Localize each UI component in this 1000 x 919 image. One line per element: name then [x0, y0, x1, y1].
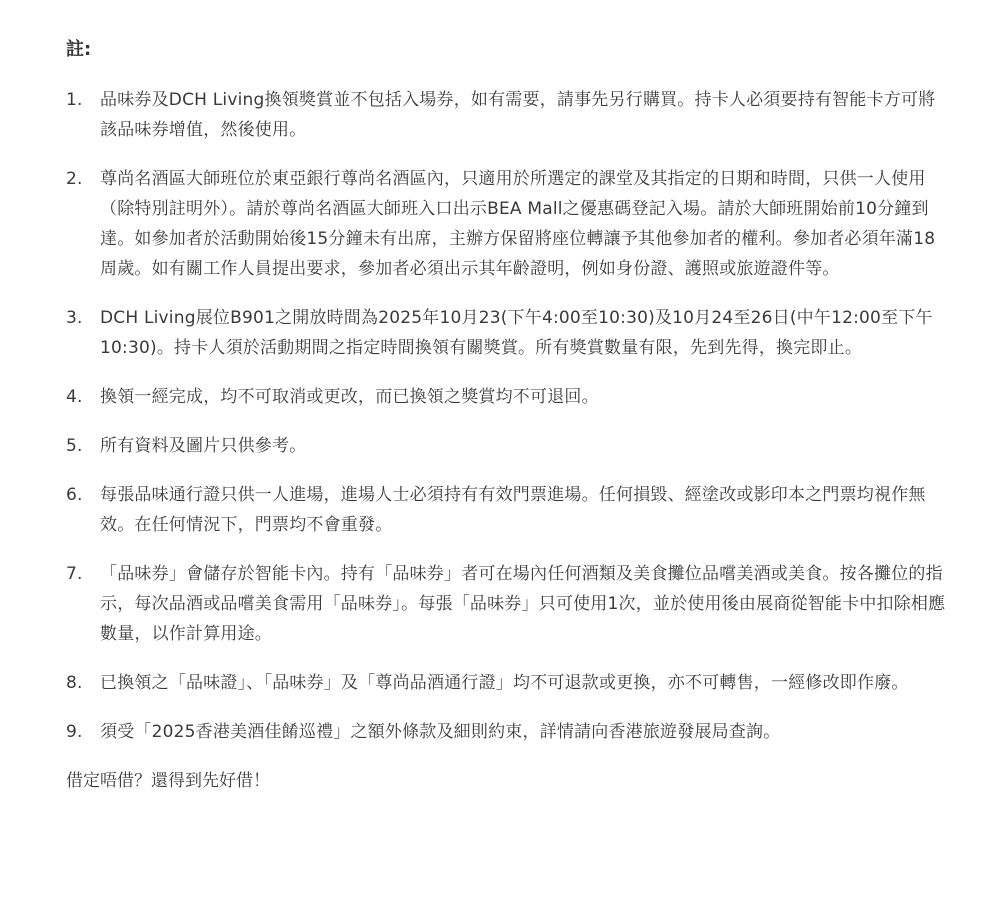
term-item: 1.品味券及DCH Living換領獎賞並不包括入場券，如有需要，請事先另行購買… [66, 85, 946, 145]
notes-heading: 註: [66, 36, 946, 64]
term-number: 3. [66, 303, 96, 333]
term-item: 7.「品味券」會儲存於智能卡內。持有「品味券」者可在場內任何酒類及美食攤位品嚐美… [66, 559, 946, 649]
closing-line: 借定唔借？還得到先好借！ [66, 766, 946, 796]
term-item: 8.已換領之「品味證」、「品味券」及「尊尚品酒通行證」均不可退款或更換，亦不可轉… [66, 668, 946, 698]
term-number: 1. [66, 85, 96, 115]
term-text: 品味券及DCH Living換領獎賞並不包括入場券，如有需要，請事先另行購買。持… [100, 90, 935, 140]
terms-section: 註: 1.品味券及DCH Living換領獎賞並不包括入場券，如有需要，請事先另… [0, 0, 946, 796]
term-text: 須受「2025香港美酒佳餚巡禮」之額外條款及細則約束，詳情請向香港旅遊發展局查詢… [100, 722, 780, 742]
term-number: 8. [66, 668, 96, 698]
term-text: DCH Living展位B901之開放時間為2025年10月23(下午4:00至… [100, 308, 933, 358]
term-text: 所有資料及圖片只供參考。 [100, 436, 306, 456]
term-item: 5.所有資料及圖片只供參考。 [66, 431, 946, 461]
term-text: 每張品味通行證只供一人進場，進場人士必須持有有效門票進場。任何損毀、經塗改或影印… [100, 485, 926, 535]
term-text: 「品味券」會儲存於智能卡內。持有「品味券」者可在場內任何酒類及美食攤位品嚐美酒或… [100, 564, 945, 644]
term-number: 9. [66, 717, 96, 747]
term-number: 4. [66, 382, 96, 412]
term-number: 6. [66, 480, 96, 510]
term-text: 換領一經完成，均不可取消或更改，而已換領之獎賞均不可退回。 [100, 387, 599, 407]
term-item: 9.須受「2025香港美酒佳餚巡禮」之額外條款及細則約束，詳情請向香港旅遊發展局… [66, 717, 946, 747]
term-number: 5. [66, 431, 96, 461]
term-number: 2. [66, 164, 96, 194]
term-item: 2.尊尚名酒區大師班位於東亞銀行尊尚名酒區內，只適用於所選定的課堂及其指定的日期… [66, 164, 946, 284]
terms-list: 1.品味券及DCH Living換領獎賞並不包括入場券，如有需要，請事先另行購買… [66, 85, 946, 747]
term-text: 已換領之「品味證」、「品味券」及「尊尚品酒通行證」均不可退款或更換，亦不可轉售，… [100, 673, 909, 693]
term-text: 尊尚名酒區大師班位於東亞銀行尊尚名酒區內，只適用於所選定的課堂及其指定的日期和時… [100, 169, 935, 279]
term-item: 3.DCH Living展位B901之開放時間為2025年10月23(下午4:0… [66, 303, 946, 363]
term-number: 7. [66, 559, 96, 589]
term-item: 4.換領一經完成，均不可取消或更改，而已換領之獎賞均不可退回。 [66, 382, 946, 412]
term-item: 6.每張品味通行證只供一人進場，進場人士必須持有有效門票進場。任何損毀、經塗改或… [66, 480, 946, 540]
